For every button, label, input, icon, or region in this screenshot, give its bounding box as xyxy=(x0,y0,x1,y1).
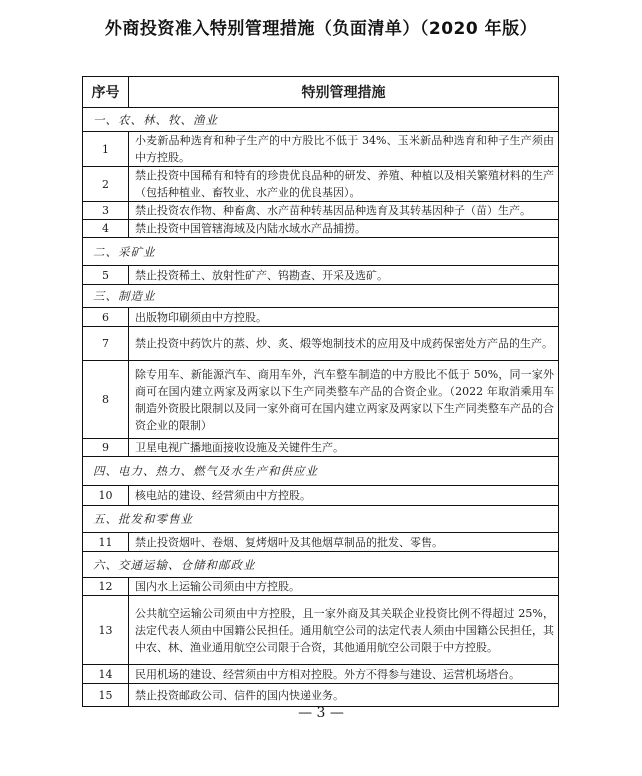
measure-text: 出版物印刷须由中方控股。 xyxy=(129,308,559,327)
document-title: 外商投资准入特别管理措施（负面清单）（2020 年版） xyxy=(0,14,642,39)
section-row: 三、制造业 xyxy=(83,285,559,308)
page-number: — 3 — xyxy=(0,705,642,721)
table-row: 8除专用车、新能源汽车、商用车外，汽车整车制造的中方股比不低于 50%，同一家外… xyxy=(83,361,559,439)
measure-text: 禁止投资中药饮片的蒸、炒、炙、煅等炮制技术的应用及中成药保密处方产品的生产。 xyxy=(129,327,559,361)
row-number: 5 xyxy=(83,266,129,285)
table-row: 13公共航空运输公司须由中方控股，且一家外商及其关联企业投资比例不得超过 25%… xyxy=(83,596,559,665)
row-number: 1 xyxy=(83,132,129,167)
section-title: 三、制造业 xyxy=(83,285,559,308)
table-row: 6出版物印刷须由中方控股。 xyxy=(83,308,559,327)
table-row: 2禁止投资中国稀有和特有的珍贵优良品种的研发、养殖、种植以及相关繁殖材料的生产（… xyxy=(83,167,559,202)
section-title: 四、电力、热力、燃气及水生产和供应业 xyxy=(83,457,559,486)
table-row: 3禁止投资农作物、种畜禽、水产苗种转基因品种选育及其转基因种子（苗）生产。 xyxy=(83,202,559,220)
row-number: 14 xyxy=(83,665,129,684)
measure-text: 禁止投资稀土、放射性矿产、钨勘查、开采及选矿。 xyxy=(129,266,559,285)
row-number: 7 xyxy=(83,327,129,361)
section-title: 六、交通运输、仓储和邮政业 xyxy=(83,552,559,578)
section-title: 五、批发和零售业 xyxy=(83,506,559,533)
measure-text: 禁止投资中国稀有和特有的珍贵优良品种的研发、养殖、种植以及相关繁殖材料的生产（包… xyxy=(129,167,559,202)
table-row: 5禁止投资稀土、放射性矿产、钨勘查、开采及选矿。 xyxy=(83,266,559,285)
section-row: 六、交通运输、仓储和邮政业 xyxy=(83,552,559,578)
section-row: 一、农、林、牧、渔业 xyxy=(83,108,559,132)
measure-text: 禁止投资中国管辖海域及内陆水域水产品捕捞。 xyxy=(129,220,559,238)
negative-list-table: 序号 特别管理措施 一、农、林、牧、渔业1小麦新品种选育和种子生产的中方股比不低… xyxy=(82,76,559,707)
row-number: 6 xyxy=(83,308,129,327)
section-row: 五、批发和零售业 xyxy=(83,506,559,533)
table-row: 1小麦新品种选育和种子生产的中方股比不低于 34%、玉米新品种选育和种子生产须由… xyxy=(83,132,559,167)
table-row: 7禁止投资中药饮片的蒸、炒、炙、煅等炮制技术的应用及中成药保密处方产品的生产。 xyxy=(83,327,559,361)
section-row: 四、电力、热力、燃气及水生产和供应业 xyxy=(83,457,559,486)
row-number: 4 xyxy=(83,220,129,238)
row-number: 11 xyxy=(83,533,129,552)
row-number: 15 xyxy=(83,684,129,707)
table-row: 11禁止投资烟叶、卷烟、复烤烟叶及其他烟草制品的批发、零售。 xyxy=(83,533,559,552)
row-number: 3 xyxy=(83,202,129,220)
section-row: 二、采矿业 xyxy=(83,238,559,266)
table-header-row: 序号 特别管理措施 xyxy=(83,77,559,108)
table-row: 14民用机场的建设、经营须由中方相对控股。外方不得参与建设、运营机场塔台。 xyxy=(83,665,559,684)
row-number: 12 xyxy=(83,578,129,596)
table-row: 9卫星电视广播地面接收设施及关键件生产。 xyxy=(83,439,559,457)
measure-text: 禁止投资烟叶、卷烟、复烤烟叶及其他烟草制品的批发、零售。 xyxy=(129,533,559,552)
measure-text: 公共航空运输公司须由中方控股，且一家外商及其关联企业投资比例不得超过 25%，法… xyxy=(129,596,559,665)
measure-text: 禁止投资农作物、种畜禽、水产苗种转基因品种选育及其转基因种子（苗）生产。 xyxy=(129,202,559,220)
measure-text: 卫星电视广播地面接收设施及关键件生产。 xyxy=(129,439,559,457)
table-body: 一、农、林、牧、渔业1小麦新品种选育和种子生产的中方股比不低于 34%、玉米新品… xyxy=(83,108,559,707)
row-number: 13 xyxy=(83,596,129,665)
table-row: 10核电站的建设、经营须由中方控股。 xyxy=(83,486,559,506)
header-index: 序号 xyxy=(83,77,129,108)
row-number: 2 xyxy=(83,167,129,202)
measure-text: 禁止投资邮政公司、信件的国内快递业务。 xyxy=(129,684,559,707)
row-number: 9 xyxy=(83,439,129,457)
row-number: 8 xyxy=(83,361,129,439)
row-number: 10 xyxy=(83,486,129,506)
table-row: 12国内水上运输公司须由中方控股。 xyxy=(83,578,559,596)
section-title: 一、农、林、牧、渔业 xyxy=(83,108,559,132)
measure-text: 核电站的建设、经营须由中方控股。 xyxy=(129,486,559,506)
table-row: 4禁止投资中国管辖海域及内陆水域水产品捕捞。 xyxy=(83,220,559,238)
measure-text: 小麦新品种选育和种子生产的中方股比不低于 34%、玉米新品种选育和种子生产须由中… xyxy=(129,132,559,167)
header-measure: 特别管理措施 xyxy=(129,77,559,108)
measure-text: 国内水上运输公司须由中方控股。 xyxy=(129,578,559,596)
section-title: 二、采矿业 xyxy=(83,238,559,266)
table-row: 15禁止投资邮政公司、信件的国内快递业务。 xyxy=(83,684,559,707)
measure-text: 民用机场的建设、经营须由中方相对控股。外方不得参与建设、运营机场塔台。 xyxy=(129,665,559,684)
measure-text: 除专用车、新能源汽车、商用车外，汽车整车制造的中方股比不低于 50%，同一家外商… xyxy=(129,361,559,439)
